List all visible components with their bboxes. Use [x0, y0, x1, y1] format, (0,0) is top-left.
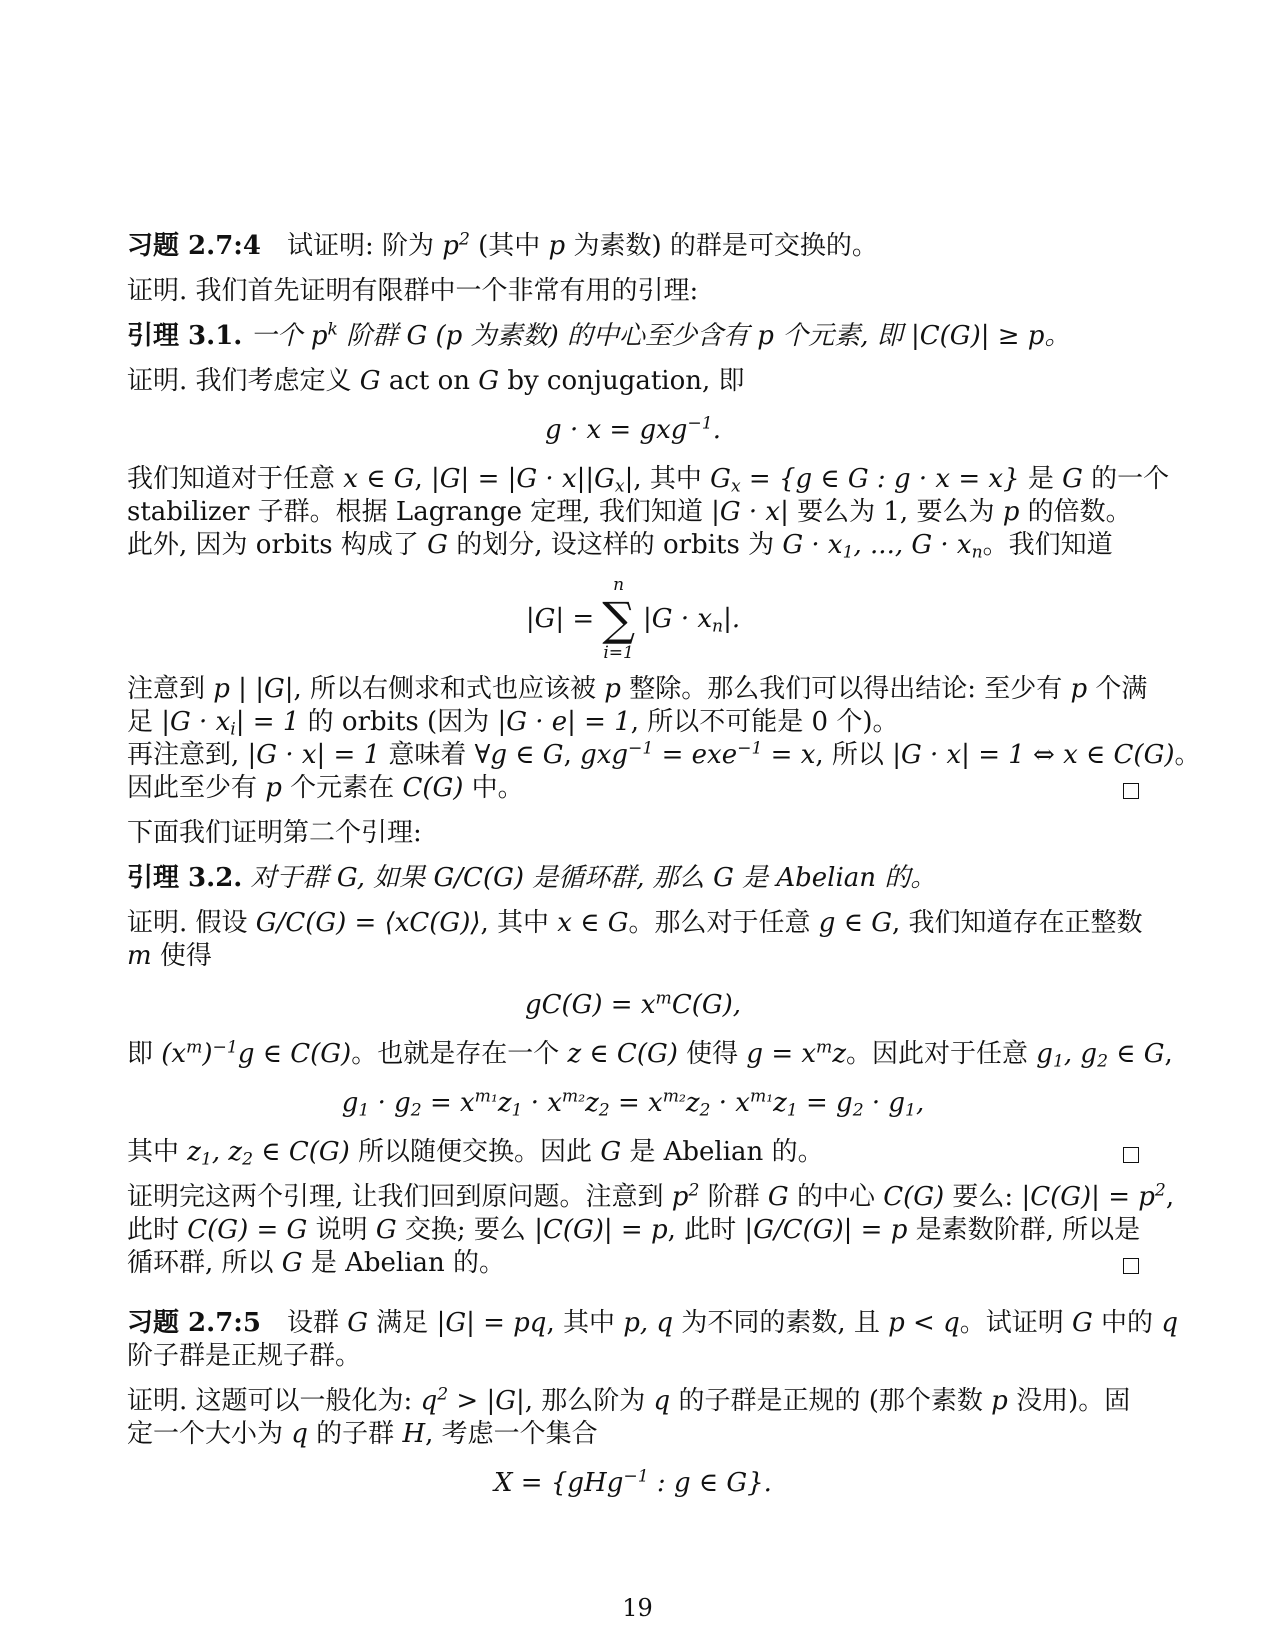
sigma-symbol: ∑	[602, 595, 635, 643]
sum-operator: n∑i=1	[602, 575, 635, 663]
lemma-3-1: 引理 3.1. 一个 pk 阶群 G (p 为素数) 的中心至少含有 p 个元素…	[127, 320, 1139, 352]
sum-right: |G · xn|.	[643, 603, 740, 635]
text-line: m 使得	[127, 940, 1139, 972]
text-line-content: 因此至少有 p 个元素在 C(G) 中。	[127, 772, 524, 804]
sum-left: |G| =	[526, 603, 594, 635]
proof-lemma-3-1-start: 证明. 我们考虑定义 G act on G by conjugation, 即	[127, 365, 1139, 397]
document-content: 习题 2.7:4 试证明: 阶为 p2 (其中 p 为素数) 的群是可交换的。证…	[127, 230, 1139, 1516]
second-lemma-intro: 下面我们证明第二个引理:	[127, 817, 1139, 849]
page-number: 19	[0, 1594, 1275, 1622]
text-line: 足 |G · xi| = 1 的 orbits (因为 |G · e| = 1,…	[127, 706, 1139, 738]
text-line: 我们知道对于任意 x ∈ G, |G| = |G · x||Gx|, 其中 Gx…	[127, 463, 1139, 495]
coset-consequence-paragraph: 即 (xm)−1g ∈ C(G)。也就是存在一个 z ∈ C(G) 使得 g =…	[127, 1038, 1139, 1070]
sum-lower-limit: i=1	[603, 643, 634, 663]
text-line: 其中 z1, z2 ∈ C(G) 所以随便交换。因此 G 是 Abelian 的…	[127, 1136, 1139, 1168]
text-line: 定一个大小为 q 的子群 H, 考虑一个集合	[127, 1418, 1139, 1450]
exercise-2-7-5: 习题 2.7:5 设群 G 满足 |G| = pq, 其中 p, q 为不同的素…	[127, 1307, 1139, 1372]
text-line: 阶子群是正规子群。	[127, 1340, 1139, 1372]
formula-commuting-product: g1 · g2 = xm₁z1 · xm₂z2 = xm₂z2 · xm₁z1 …	[127, 1087, 1139, 1119]
text-line: 引理 3.2. 对于群 G, 如果 G/C(G) 是循环群, 那么 G 是 Ab…	[127, 862, 1139, 894]
text-line: 再注意到, |G · x| = 1 意味着 ∀g ∈ G, gxg−1 = ex…	[127, 739, 1139, 771]
qed-box	[1123, 1258, 1139, 1274]
text-line-content: 循环群, 所以 G 是 Abelian 的。	[127, 1247, 505, 1279]
exercise-2-7-4-conclusion: 证明完这两个引理, 让我们回到原问题。注意到 p2 阶群 G 的中心 C(G) …	[127, 1181, 1139, 1279]
formula-conjugation-action: g · x = gxg−1.	[127, 414, 1139, 446]
text-line: 证明. 我们首先证明有限群中一个非常有用的引理:	[127, 275, 1139, 307]
text-line: 循环群, 所以 G 是 Abelian 的。	[127, 1247, 1139, 1279]
proof-2-7-5-start: 证明. 这题可以一般化为: q2 > |G|, 那么阶为 q 的子群是正规的 (…	[127, 1385, 1139, 1450]
lemma-3-2: 引理 3.2. 对于群 G, 如果 G/C(G) 是循环群, 那么 G 是 Ab…	[127, 862, 1139, 894]
orbit-stabilizer-paragraph: 我们知道对于任意 x ∈ G, |G| = |G · x||Gx|, 其中 Gx…	[127, 463, 1139, 561]
text-line: 证明. 假设 G/C(G) = ⟨xC(G)⟩, 其中 x ∈ G。那么对于任意…	[127, 907, 1139, 939]
proof-intro-1: 证明. 我们首先证明有限群中一个非常有用的引理:	[127, 275, 1139, 307]
text-line: 此外, 因为 orbits 构成了 G 的划分, 设这样的 orbits 为 G…	[127, 529, 1139, 561]
formula-class-equation: |G| =n∑i=1|G · xn|.	[127, 575, 1139, 663]
formula-conjugate-set: X = {gHg−1 : g ∈ G}.	[127, 1467, 1139, 1499]
text-line: 证明. 我们考虑定义 G act on G by conjugation, 即	[127, 365, 1139, 397]
lemma-3-2-conclusion: 其中 z1, z2 ∈ C(G) 所以随便交换。因此 G 是 Abelian 的…	[127, 1136, 1139, 1168]
text-line-content: 其中 z1, z2 ∈ C(G) 所以随便交换。因此 G 是 Abelian 的…	[127, 1136, 824, 1168]
text-line: 即 (xm)−1g ∈ C(G)。也就是存在一个 z ∈ C(G) 使得 g =…	[127, 1038, 1139, 1070]
text-line: 引理 3.1. 一个 pk 阶群 G (p 为素数) 的中心至少含有 p 个元素…	[127, 320, 1139, 352]
text-line: 此时 C(G) = G 说明 G 交换; 要么 |C(G)| = p, 此时 |…	[127, 1214, 1139, 1246]
qed-box	[1123, 783, 1139, 799]
text-line: 证明. 这题可以一般化为: q2 > |G|, 那么阶为 q 的子群是正规的 (…	[127, 1385, 1139, 1417]
formula-coset-power: gC(G) = xmC(G),	[127, 989, 1139, 1021]
exercise-2-7-4: 习题 2.7:4 试证明: 阶为 p2 (其中 p 为素数) 的群是可交换的。	[127, 230, 1139, 262]
proof-lemma-3-2-start: 证明. 假设 G/C(G) = ⟨xC(G)⟩, 其中 x ∈ G。那么对于任意…	[127, 907, 1139, 972]
qed-box	[1123, 1147, 1139, 1163]
text-line: 注意到 p | |G|, 所以右侧求和式也应该被 p 整除。那么我们可以得出结论…	[127, 673, 1139, 705]
text-line: 习题 2.7:4 试证明: 阶为 p2 (其中 p 为素数) 的群是可交换的。	[127, 230, 1139, 262]
text-line: 习题 2.7:5 设群 G 满足 |G| = pq, 其中 p, q 为不同的素…	[127, 1307, 1139, 1339]
text-line: 因此至少有 p 个元素在 C(G) 中。	[127, 772, 1139, 804]
text-line: 下面我们证明第二个引理:	[127, 817, 1139, 849]
text-line: 证明完这两个引理, 让我们回到原问题。注意到 p2 阶群 G 的中心 C(G) …	[127, 1181, 1139, 1213]
text-line: stabilizer 子群。根据 Lagrange 定理, 我们知道 |G · …	[127, 496, 1139, 528]
divisibility-paragraph: 注意到 p | |G|, 所以右侧求和式也应该被 p 整除。那么我们可以得出结论…	[127, 673, 1139, 804]
document-page: 习题 2.7:4 试证明: 阶为 p2 (其中 p 为素数) 的群是可交换的。证…	[0, 0, 1275, 1650]
